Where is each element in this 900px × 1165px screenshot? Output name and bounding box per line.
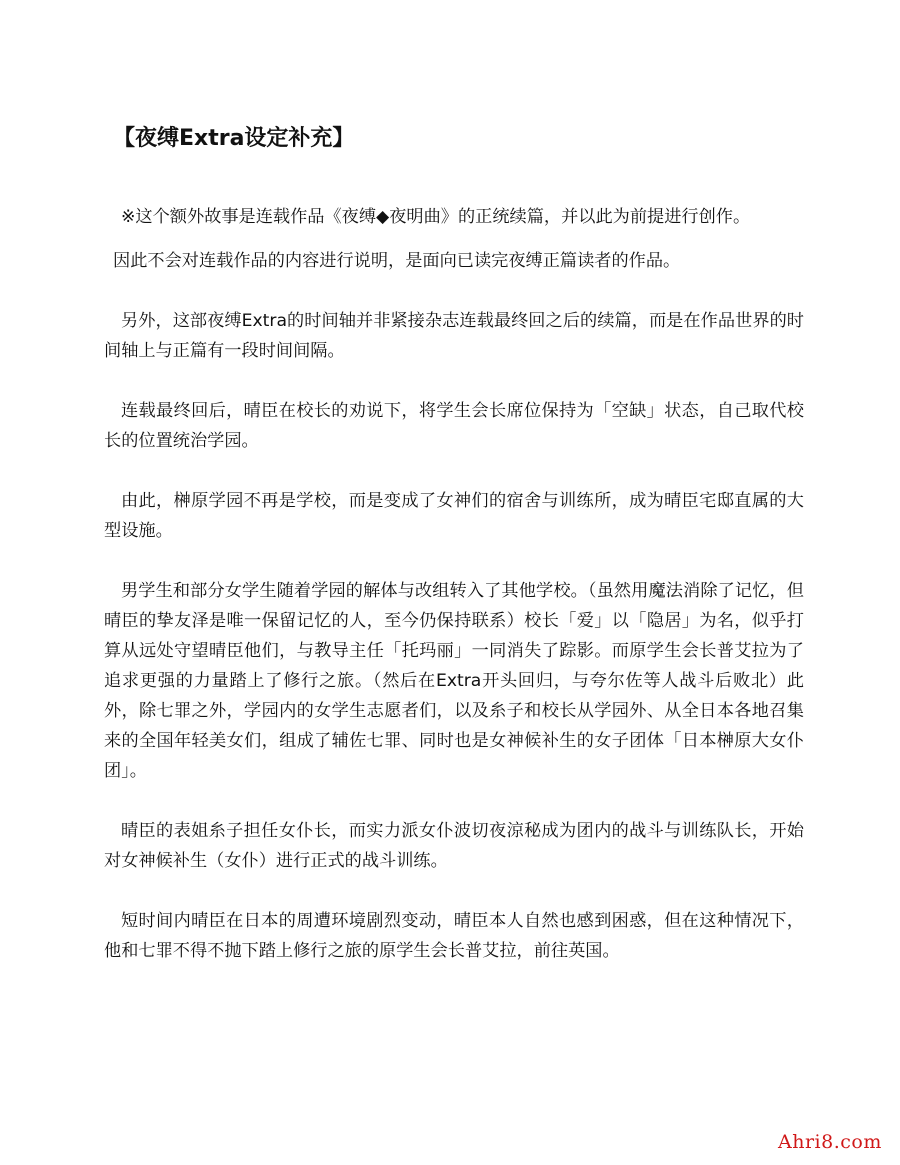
paragraph-students-transfer: 男学生和部分女学生随着学园的解体与改组转入了其他学校。（虽然用魔法消除了记忆，但… bbox=[104, 576, 804, 786]
watermark: Ahri8.com bbox=[778, 1131, 882, 1153]
paragraph-note-continued: 因此不会对连载作品的内容进行说明，是面向已读完夜缚正篇读者的作品。 bbox=[104, 246, 804, 276]
paragraph-departure: 短时间内晴臣在日本的周遭环境剧烈变动，晴臣本人自然也感到困惑，但在这种情况下，他… bbox=[104, 906, 804, 966]
paragraph-academy-change: 由此，榊原学园不再是学校，而是变成了女神们的宿舍与训练所，成为晴臣宅邸直属的大型… bbox=[104, 486, 804, 546]
paragraph-timeline: 另外，这部夜缚Extra的时间轴并非紧接杂志连载最终回之后的续篇，而是在作品世界… bbox=[104, 306, 804, 366]
paragraph-maid-corps: 晴臣的表姐糸子担任女仆长，而实力派女仆波切夜涼秘成为团内的战斗与训练队长，开始对… bbox=[104, 816, 804, 876]
paragraph-after-finale: 连载最终回后，晴臣在校长的劝说下，将学生会长席位保持为「空缺」状态，自己取代校长… bbox=[104, 396, 804, 456]
document-body: ※这个额外故事是连载作品《夜缚◆夜明曲》的正统续篇，并以此为前提进行创作。 因此… bbox=[104, 202, 804, 996]
paragraph-note: ※这个额外故事是连载作品《夜缚◆夜明曲》的正统续篇，并以此为前提进行创作。 bbox=[104, 202, 804, 232]
document-page: 【夜缚Extra设定补充】 ※这个额外故事是连载作品《夜缚◆夜明曲》的正统续篇，… bbox=[0, 0, 900, 1165]
document-title: 【夜缚Extra设定补充】 bbox=[113, 124, 354, 154]
